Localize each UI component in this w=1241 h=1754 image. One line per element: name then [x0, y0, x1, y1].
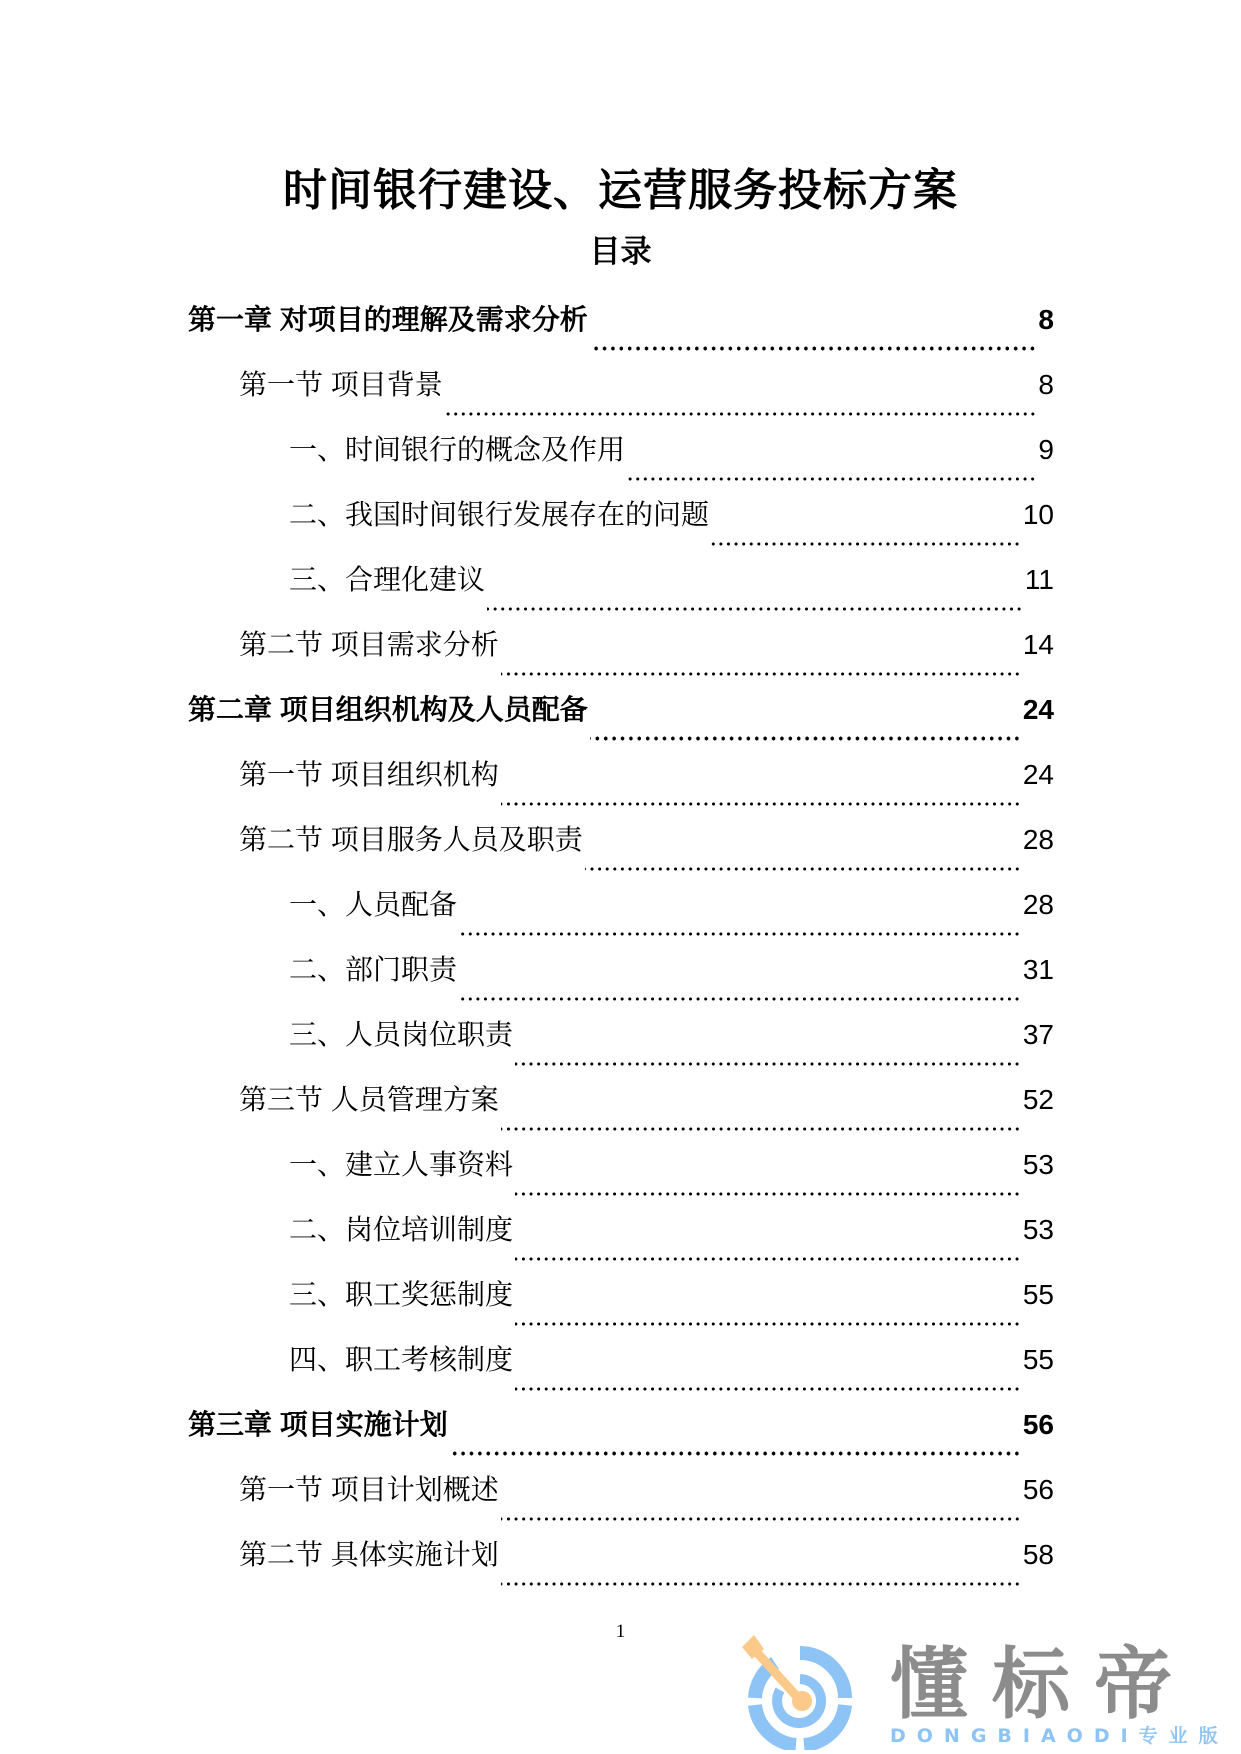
- toc-entry-page: 31: [1023, 948, 1054, 992]
- toc-entry-label: 二、我国时间银行发展存在的问题: [289, 493, 709, 537]
- toc-entry-label: 第二节 具体实施计划: [239, 1533, 499, 1577]
- toc-entry-page: 53: [1023, 1208, 1054, 1252]
- toc-entry-label: 第二节 项目服务人员及职责: [239, 818, 583, 862]
- toc-entry-page: 14: [1023, 623, 1054, 667]
- toc-entry-page: 56: [1023, 1403, 1054, 1447]
- toc-entry-label: 第二章 项目组织机构及人员配备: [188, 688, 588, 732]
- toc-entry-label: 第一节 项目计划概述: [239, 1468, 499, 1512]
- toc-heading: 目录: [0, 232, 1241, 272]
- toc-entry-label: 第三节 人员管理方案: [239, 1078, 499, 1122]
- toc-entry-page: 24: [1023, 688, 1054, 732]
- watermark-brand: 懂标帝: [890, 1645, 1196, 1725]
- toc-entry-page: 10: [1023, 493, 1054, 537]
- toc-entry-page: 8: [1038, 298, 1054, 342]
- dot-leader: [445, 412, 1037, 416]
- dot-leader: [501, 672, 1021, 676]
- toc-entry-page: 9: [1038, 428, 1054, 472]
- dot-leader: [501, 1517, 1021, 1521]
- toc-subsection[interactable]: 一、人员配备 28: [188, 883, 1054, 948]
- toc-subsection[interactable]: 二、我国时间银行发展存在的问题 10: [188, 493, 1054, 558]
- toc-chapter-1[interactable]: 第一章 对项目的理解及需求分析 8: [188, 298, 1054, 363]
- toc-entry-page: 8: [1038, 363, 1054, 407]
- toc-entry-label: 四、职工考核制度: [289, 1338, 513, 1382]
- watermark: 懂标帝 DONGBIAODI专业版: [740, 1635, 1220, 1747]
- toc-subsection[interactable]: 二、部门职责 31: [188, 948, 1054, 1013]
- watermark-subtitle: DONGBIAODI专业版: [890, 1725, 1229, 1747]
- toc-entry-label: 一、建立人事资料: [289, 1143, 513, 1187]
- toc-entry-label: 二、部门职责: [289, 948, 457, 992]
- toc-entry-label: 第一章 对项目的理解及需求分析: [188, 298, 588, 342]
- toc-entry-page: 56: [1023, 1468, 1054, 1512]
- toc-subsection[interactable]: 三、人员岗位职责 37: [188, 1013, 1054, 1078]
- toc-section[interactable]: 第二节 项目需求分析 14: [188, 623, 1054, 688]
- dot-leader: [487, 607, 1023, 611]
- toc-entry-label: 第三章 项目实施计划: [188, 1403, 448, 1447]
- toc-subsection[interactable]: 三、合理化建议 11: [188, 558, 1054, 623]
- toc-entry-label: 一、人员配备: [289, 883, 457, 927]
- dot-leader: [459, 932, 1021, 936]
- dot-leader: [450, 1451, 1021, 1456]
- toc-entry-label: 第一节 项目背景: [239, 363, 443, 407]
- toc-entry-label: 三、合理化建议: [289, 558, 485, 602]
- toc-entry-label: 第一节 项目组织机构: [239, 753, 499, 797]
- table-of-contents: 第一章 对项目的理解及需求分析 8 第一节 项目背景 8 一、时间银行的概念及作…: [188, 298, 1054, 1598]
- toc-subsection[interactable]: 一、建立人事资料 53: [188, 1143, 1054, 1208]
- toc-entry-label: 三、职工奖惩制度: [289, 1273, 513, 1317]
- toc-entry-page: 55: [1023, 1338, 1054, 1382]
- dot-leader: [590, 736, 1021, 741]
- dot-leader: [711, 542, 1021, 546]
- toc-entry-page: 53: [1023, 1143, 1054, 1187]
- toc-entry-page: 37: [1023, 1013, 1054, 1057]
- toc-subsection[interactable]: 一、时间银行的概念及作用 9: [188, 428, 1054, 493]
- target-arrow-icon: [740, 1635, 860, 1750]
- toc-section[interactable]: 第三节 人员管理方案 52: [188, 1078, 1054, 1143]
- dot-leader: [585, 867, 1021, 871]
- toc-section[interactable]: 第一节 项目计划概述 56: [188, 1468, 1054, 1533]
- toc-subsection[interactable]: 三、职工奖惩制度 55: [188, 1273, 1054, 1338]
- dot-leader: [515, 1192, 1021, 1196]
- dot-leader: [515, 1257, 1021, 1261]
- toc-entry-page: 52: [1023, 1078, 1054, 1122]
- dot-leader: [501, 1127, 1021, 1131]
- toc-section[interactable]: 第二节 项目服务人员及职责 28: [188, 818, 1054, 883]
- toc-chapter-3[interactable]: 第三章 项目实施计划 56: [188, 1403, 1054, 1468]
- dot-leader: [590, 346, 1037, 351]
- toc-entry-page: 55: [1023, 1273, 1054, 1317]
- dot-leader: [515, 1387, 1021, 1391]
- toc-subsection[interactable]: 四、职工考核制度 55: [188, 1338, 1054, 1403]
- toc-entry-page: 11: [1025, 558, 1054, 602]
- toc-entry-label: 第二节 项目需求分析: [239, 623, 499, 667]
- toc-entry-page: 28: [1023, 883, 1054, 927]
- toc-section[interactable]: 第一节 项目背景 8: [188, 363, 1054, 428]
- toc-section[interactable]: 第二节 具体实施计划 58: [188, 1533, 1054, 1598]
- dot-leader: [627, 477, 1036, 481]
- toc-entry-page: 28: [1023, 818, 1054, 862]
- toc-entry-page: 58: [1023, 1533, 1054, 1577]
- dot-leader: [501, 1582, 1021, 1586]
- toc-entry-label: 一、时间银行的概念及作用: [289, 428, 625, 472]
- document-page: 时间银行建设、运营服务投标方案 目录 第一章 对项目的理解及需求分析 8 第一节…: [0, 0, 1241, 1754]
- dot-leader: [501, 802, 1021, 806]
- document-title: 时间银行建设、运营服务投标方案: [0, 163, 1241, 219]
- dot-leader: [515, 1062, 1021, 1066]
- toc-section[interactable]: 第一节 项目组织机构 24: [188, 753, 1054, 818]
- toc-entry-page: 24: [1023, 753, 1054, 797]
- toc-chapter-2[interactable]: 第二章 项目组织机构及人员配备 24: [188, 688, 1054, 753]
- dot-leader: [459, 997, 1021, 1001]
- toc-entry-label: 三、人员岗位职责: [289, 1013, 513, 1057]
- toc-subsection[interactable]: 二、岗位培训制度 53: [188, 1208, 1054, 1273]
- dot-leader: [515, 1322, 1021, 1326]
- toc-entry-label: 二、岗位培训制度: [289, 1208, 513, 1252]
